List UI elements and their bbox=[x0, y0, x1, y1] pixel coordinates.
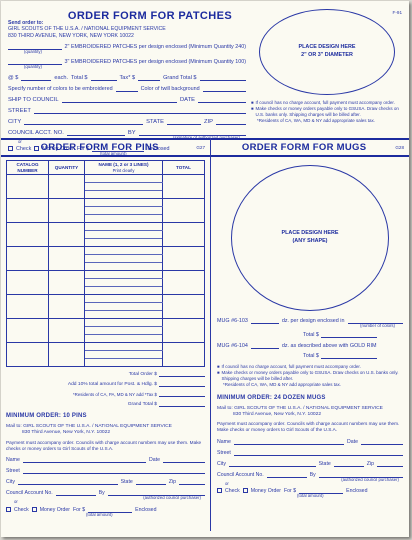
catalog-cell bbox=[7, 271, 49, 295]
patches-notes: ■ If council has no charge account, full… bbox=[251, 100, 403, 124]
postage-blank bbox=[159, 380, 205, 387]
total-cell bbox=[163, 175, 205, 199]
catalog-cell bbox=[7, 175, 49, 199]
name-label: Name bbox=[217, 439, 231, 445]
total-cell bbox=[163, 199, 205, 223]
note-line: ■ Make checks or money orders payable on… bbox=[217, 370, 403, 382]
name-line-cell bbox=[85, 335, 163, 343]
street-label: STREET bbox=[8, 108, 31, 114]
bullet-icon: ■ bbox=[217, 370, 220, 382]
money-order-label: Money Order bbox=[251, 488, 281, 494]
total-cell bbox=[163, 343, 205, 367]
quantity-cell bbox=[49, 319, 85, 343]
quantity-cell bbox=[49, 247, 85, 271]
name-line-cell bbox=[85, 327, 163, 335]
zip-blank bbox=[377, 460, 403, 467]
city-state-zip-row: CITY STATE ZIP bbox=[8, 118, 246, 125]
name-line-cell bbox=[85, 351, 163, 359]
mail-line1: Mail to: GIRL SCOUTS OF THE U.S.A. / NAT… bbox=[217, 406, 403, 412]
mugs-form-code: G28 bbox=[395, 145, 404, 150]
ship-to-blank bbox=[62, 96, 177, 103]
city-blank bbox=[229, 460, 316, 467]
money-order-label: Money Order bbox=[40, 507, 70, 513]
grand-total-label: Grand Total $ bbox=[163, 75, 196, 81]
pins-footer-fields: Name Date Street City State Zip bbox=[6, 456, 205, 517]
name-line-cell bbox=[85, 263, 163, 271]
street-row: Street bbox=[6, 467, 205, 474]
name-line-cell bbox=[85, 311, 163, 319]
mug-6103-desc: dz. per design enclosed in bbox=[282, 318, 345, 324]
zip-blank bbox=[179, 478, 205, 485]
date-label: Date bbox=[149, 457, 160, 463]
mugs-minimum-order: MINIMUM ORDER: 24 DOZEN MUGS bbox=[217, 395, 403, 401]
mug-6104-total-row: Total $ bbox=[277, 352, 403, 359]
grand-total-line: Grand Total $ bbox=[6, 400, 205, 407]
num-colors-label: Specify number of colors to be embroider… bbox=[8, 86, 113, 92]
council-acct-blank bbox=[56, 489, 96, 496]
patch-item-row-2in: 2" EMBROIDERED PATCHES per design enclos… bbox=[8, 43, 246, 50]
city-state-zip-row: City State Zip bbox=[217, 460, 403, 467]
state-blank bbox=[167, 118, 201, 125]
quantity-header: QUANTITY bbox=[49, 161, 85, 175]
mugs-mail-to: Mail to: GIRL SCOUTS OF THE U.S.A. / NAT… bbox=[217, 406, 403, 419]
for-label: For $ bbox=[73, 507, 85, 513]
send-to-block: Send order to: GIRL SCOUTS OF THE U.S.A.… bbox=[8, 20, 246, 39]
twill-label: Color of twill background bbox=[141, 86, 200, 92]
total-cell bbox=[163, 247, 205, 271]
total-cell bbox=[163, 295, 205, 319]
note-text: *Residents of CA, WA, MD & NY add approp… bbox=[257, 118, 375, 124]
council-acct-label: Council Account No. bbox=[217, 472, 264, 478]
total-label: Total $ bbox=[303, 332, 319, 338]
name-date-row: Name Date bbox=[6, 456, 205, 463]
total-cell bbox=[163, 319, 205, 343]
name-header: NAME (1, 2 or 3 LINES) Print clearly bbox=[85, 161, 163, 175]
total-order-blank bbox=[159, 370, 205, 377]
street-blank bbox=[34, 107, 246, 114]
note-text: Make checks or money orders payable only… bbox=[222, 370, 403, 382]
pins-order-table: CATALOG NUMBER QUANTITY NAME (1, 2 or 3 … bbox=[6, 160, 205, 367]
street-label: Street bbox=[217, 450, 231, 456]
note-line: ■ Make checks or money orders payable on… bbox=[251, 106, 403, 118]
quantity-caption: (quantity) bbox=[24, 65, 246, 69]
design-here-label: PLACE DESIGN HERE bbox=[299, 44, 356, 52]
tax-label: Tax* $ bbox=[120, 75, 136, 81]
zip-label: Zip bbox=[169, 479, 176, 485]
total-cell bbox=[163, 223, 205, 247]
tax-blank bbox=[159, 390, 205, 397]
name-line-cell bbox=[85, 279, 163, 287]
check-checkbox bbox=[217, 488, 222, 493]
patch-item-row-3in: 3" EMBROIDERED PATCHES per design enclos… bbox=[8, 58, 246, 65]
council-acct-label: COUNCIL ACCT. NO. bbox=[8, 130, 64, 136]
name-line-cell bbox=[85, 231, 163, 239]
check-label: Check bbox=[14, 507, 29, 513]
total-blank bbox=[321, 331, 377, 338]
enclosed-label: Enclosed bbox=[346, 488, 367, 494]
name-label: Name bbox=[6, 457, 20, 463]
state-blank bbox=[136, 478, 166, 485]
zip-label: ZIP bbox=[204, 119, 213, 125]
pins-header-bar: ORDER FORM FOR PINS G27 bbox=[1, 138, 210, 157]
grand-total-blank bbox=[200, 74, 246, 81]
name-line-cell bbox=[85, 319, 163, 327]
tax-line: *Residents of CA, PA, MD & NY add *Tax $ bbox=[6, 390, 205, 397]
or-label: or bbox=[14, 500, 205, 504]
by-label: BY bbox=[128, 130, 136, 136]
colors-row: Specify number of colors to be embroider… bbox=[8, 85, 246, 92]
street-row: Street bbox=[217, 449, 403, 456]
design-shape-label: (ANY SHAPE) bbox=[293, 238, 328, 246]
mugs-notes: ■ If council has no charge account, full… bbox=[217, 364, 403, 388]
city-label: CITY bbox=[8, 119, 21, 125]
mug-6104-desc: dz. as described above with GOLD RIM bbox=[282, 343, 377, 349]
street-row: STREET bbox=[8, 107, 246, 114]
name-date-row: Name Date bbox=[217, 438, 403, 445]
state-label: State bbox=[319, 461, 331, 467]
for-label: For $ bbox=[284, 488, 296, 494]
bullet-icon: ■ bbox=[251, 106, 254, 118]
mug-6103-label: MUG #6-103 bbox=[217, 318, 248, 324]
name-line-cell bbox=[85, 191, 163, 199]
state-label: State bbox=[121, 479, 133, 485]
mug-6103-qty-blank bbox=[251, 317, 279, 324]
pins-form-code: G27 bbox=[196, 145, 205, 150]
design-size-label: 2" OR 3" DIAMETER bbox=[301, 52, 353, 60]
name-line-cell bbox=[85, 303, 163, 311]
pins-table-body bbox=[7, 175, 205, 367]
name-blank bbox=[23, 456, 146, 463]
city-blank bbox=[18, 478, 118, 485]
name-line-cell bbox=[85, 247, 163, 255]
note-text: Make checks or money orders payable only… bbox=[256, 106, 403, 118]
quantity-cell bbox=[49, 175, 85, 199]
pins-section: ORDER FORM FOR PINS G27 CATALOG NUMBER Q… bbox=[1, 138, 211, 531]
date-blank bbox=[361, 438, 403, 445]
each-label: each. bbox=[54, 75, 68, 81]
mugs-section: ORDER FORM FOR MUGS G28 PLACE DESIGN HER… bbox=[211, 138, 409, 531]
check-label: Check bbox=[225, 488, 240, 494]
design-here-label: PLACE DESIGN HERE bbox=[282, 230, 339, 238]
city-state-zip-row: City State Zip bbox=[6, 478, 205, 485]
total-cell bbox=[163, 271, 205, 295]
name-line-cell bbox=[85, 287, 163, 295]
patches-order-fields: Send order to: GIRL SCOUTS OF THE U.S.A.… bbox=[8, 20, 246, 156]
twill-blank bbox=[203, 85, 246, 92]
catalog-cell bbox=[7, 295, 49, 319]
city-label: City bbox=[6, 479, 15, 485]
amount-caption: (total amount) bbox=[86, 513, 205, 517]
pins-payment-note: Payment must accompany order. Councils w… bbox=[6, 440, 205, 452]
name-line-cell bbox=[85, 223, 163, 231]
check-checkbox bbox=[6, 507, 11, 512]
price-row: @ $ each. Total $ Tax* $ Grand Total $ bbox=[8, 74, 246, 81]
colors-caption: (number of colors) bbox=[217, 324, 395, 328]
total-label: Total $ bbox=[303, 353, 319, 359]
name-header-line2: Print clearly bbox=[86, 168, 161, 173]
tax-blank bbox=[138, 74, 160, 81]
mugs-title: ORDER FORM FOR MUGS bbox=[213, 142, 395, 153]
or-label: or bbox=[225, 482, 403, 486]
patch-item-desc: 2" EMBROIDERED PATCHES per design enclos… bbox=[65, 44, 246, 50]
money-order-checkbox bbox=[32, 507, 37, 512]
street-blank bbox=[234, 449, 403, 456]
by-label: By bbox=[99, 490, 105, 496]
mug-design-circle: PLACE DESIGN HERE (ANY SHAPE) bbox=[231, 165, 389, 311]
grand-total-blank bbox=[159, 400, 205, 407]
mug-6103-total-row: Total $ bbox=[277, 331, 403, 338]
name-line-cell bbox=[85, 343, 163, 351]
date-label: Date bbox=[347, 439, 358, 445]
scanned-order-form: ORDER FORM FOR PATCHES F-91 Send order t… bbox=[1, 1, 409, 537]
note-line: *Residents of CA, WA, MD & NY add approp… bbox=[223, 382, 403, 388]
zip-label: Zip bbox=[367, 461, 374, 467]
name-blank bbox=[234, 438, 344, 445]
name-line-cell bbox=[85, 215, 163, 223]
total-label: Total $ bbox=[71, 75, 87, 81]
name-line-cell bbox=[85, 295, 163, 303]
price-blank bbox=[21, 74, 51, 81]
ship-to-label: SHIP TO COUNCIL bbox=[8, 97, 59, 103]
state-label: STATE bbox=[146, 119, 164, 125]
mug-6104-qty-blank bbox=[251, 342, 279, 349]
name-line-cell bbox=[85, 271, 163, 279]
grand-total-label: Grand Total $ bbox=[128, 402, 157, 407]
quantity-caption: (quantity) bbox=[24, 50, 246, 54]
catalog-cell bbox=[7, 199, 49, 223]
catalog-cell bbox=[7, 319, 49, 343]
num-colors-blank bbox=[116, 85, 138, 92]
tax-label: *Residents of CA, PA, MD & NY add *Tax $ bbox=[73, 392, 157, 397]
state-blank bbox=[334, 460, 364, 467]
council-acct-blank bbox=[267, 471, 307, 478]
quantity-cell bbox=[49, 295, 85, 319]
send-to-line2: 830 THIRD AVENUE, NEW YORK, NEW YORK 100… bbox=[8, 33, 246, 40]
quantity-cell bbox=[49, 199, 85, 223]
quantity-cell bbox=[49, 343, 85, 367]
patches-design-area: PLACE DESIGN HERE 2" OR 3" DIAMETER ■ If… bbox=[251, 9, 403, 124]
amount-caption: (total amount) bbox=[297, 494, 403, 498]
name-line-cell bbox=[85, 239, 163, 247]
council-acct-label: Council Account No. bbox=[6, 490, 53, 496]
quantity-cell bbox=[49, 271, 85, 295]
patch-design-circle: PLACE DESIGN HERE 2" OR 3" DIAMETER bbox=[259, 9, 395, 95]
mugs-payment-note: Payment must accompany order. Councils w… bbox=[217, 421, 403, 433]
mail-line2: 830 Third Avenue, New York, N.Y. 10022 bbox=[22, 430, 205, 436]
postage-label: Add 10% total amount for Post. & Hdlg. $ bbox=[68, 382, 157, 387]
name-line-cell bbox=[85, 183, 163, 191]
total-order-line: Total Order $ bbox=[6, 370, 205, 377]
quantity-cell bbox=[49, 223, 85, 247]
mugs-header-bar: ORDER FORM FOR MUGS G28 bbox=[211, 138, 409, 157]
catalog-cell bbox=[7, 343, 49, 367]
by-label: By bbox=[310, 472, 316, 478]
name-line-cell bbox=[85, 359, 163, 367]
postage-line: Add 10% total amount for Post. & Hdlg. $ bbox=[6, 380, 205, 387]
bottom-sections: ORDER FORM FOR PINS G27 CATALOG NUMBER Q… bbox=[1, 138, 409, 531]
pins-title: ORDER FORM FOR PINS bbox=[3, 142, 196, 153]
pins-mail-to: Mail to: GIRL SCOUTS OF THE U.S.A. / NAT… bbox=[6, 424, 205, 437]
name-line-cell bbox=[85, 207, 163, 215]
name-line-cell bbox=[85, 199, 163, 207]
street-blank bbox=[23, 467, 205, 474]
at-label: @ $ bbox=[8, 75, 18, 81]
date-blank bbox=[163, 456, 205, 463]
catalog-header: CATALOG NUMBER bbox=[7, 161, 49, 175]
note-line: *Residents of CA, WA, MD & NY add approp… bbox=[257, 118, 403, 124]
catalog-cell bbox=[7, 247, 49, 271]
zip-blank bbox=[216, 118, 246, 125]
catalog-cell bbox=[7, 223, 49, 247]
name-line-cell bbox=[85, 255, 163, 263]
total-header: TOTAL bbox=[163, 161, 205, 175]
date-label: DATE bbox=[180, 97, 195, 103]
council-acct-blank bbox=[67, 129, 125, 136]
date-blank bbox=[198, 96, 246, 103]
city-label: City bbox=[217, 461, 226, 467]
patches-section: ORDER FORM FOR PATCHES F-91 Send order t… bbox=[1, 1, 409, 137]
money-order-checkbox bbox=[243, 488, 248, 493]
patch-item-desc: 3" EMBROIDERED PATCHES per design enclos… bbox=[65, 59, 246, 65]
mug-6104-row: MUG #6-104 dz. as described above with G… bbox=[217, 342, 403, 349]
name-line-cell bbox=[85, 175, 163, 183]
total-blank bbox=[321, 352, 377, 359]
total-order-label: Total Order $ bbox=[129, 372, 157, 377]
mug-6104-label: MUG #6-104 bbox=[217, 343, 248, 349]
street-label: Street bbox=[6, 468, 20, 474]
pins-minimum-order: MINIMUM ORDER: 10 PINS bbox=[6, 413, 205, 419]
ship-to-row: SHIP TO COUNCIL DATE bbox=[8, 96, 246, 103]
mail-line2: 830 Third Avenue, New York, N.Y. 10022 bbox=[233, 412, 403, 418]
enclosed-label: Enclosed bbox=[135, 507, 156, 513]
note-text: *Residents of CA, WA, MD & NY add approp… bbox=[223, 382, 341, 388]
total-blank bbox=[91, 74, 117, 81]
city-blank bbox=[24, 118, 143, 125]
mugs-footer-fields: Name Date Street City State Zip bbox=[217, 438, 403, 499]
